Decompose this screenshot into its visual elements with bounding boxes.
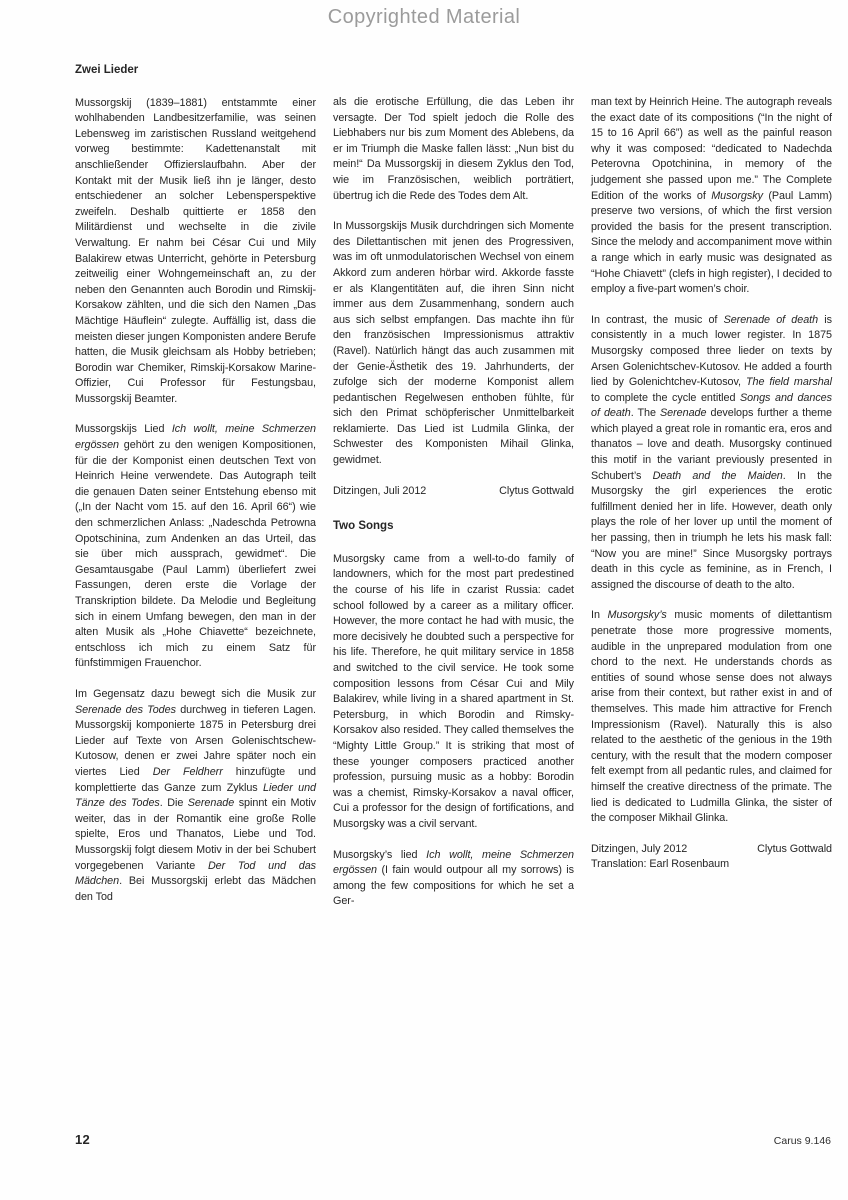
page-footer: 12 Carus 9.146 <box>75 1132 831 1147</box>
signature-author: Clytus Gottwald <box>757 842 832 858</box>
paragraph-biography-de: Mussorgskij (1839–1881) entstammte einer… <box>75 96 316 408</box>
signature-author: Clytus Gottwald <box>499 484 574 500</box>
translation-credit: Translation: Earl Rosenbaum <box>591 857 832 873</box>
text-columns: Zwei LiederMussorgskij (1839–1881) entst… <box>75 62 832 925</box>
column-2-german-english: als die erotische Erfüllung, die das Leb… <box>333 62 574 925</box>
paragraph-musik-analyse-de: In Mussorgskijs Musik durchdringen sich … <box>333 219 574 469</box>
signature-english: Ditzingen, July 2012Clytus Gottwald <box>591 842 832 858</box>
paragraph-serenade-en: In contrast, the music of Serenade of de… <box>591 313 832 594</box>
work-title-english: Two Songs <box>333 519 574 535</box>
signature-place-date: Ditzingen, Juli 2012 <box>333 484 426 500</box>
signature-german: Ditzingen, Juli 2012Clytus Gottwald <box>333 484 574 500</box>
paragraph-serenade-continuation-de: als die erotische Erfüllung, die das Leb… <box>333 95 574 204</box>
column-1-german: Zwei LiederMussorgskij (1839–1881) entst… <box>75 62 316 925</box>
paragraph-lied-heine-en: Musorgsky’s lied Ich wollt, meine Schmer… <box>333 848 574 910</box>
copyright-notice: Copyrighted Material <box>0 5 848 29</box>
signature-place-date: Ditzingen, July 2012 <box>591 842 687 858</box>
paragraph-biography-en: Musorgsky came from a well-to-do family … <box>333 552 574 833</box>
document-page: Copyrighted Material Zwei LiederMussorgs… <box>0 0 848 1200</box>
paragraph-serenade-de: Im Gegensatz dazu bewegt sich die Musik … <box>75 687 316 905</box>
paragraph-lied-heine-de: Mussorgskijs Lied Ich wollt, meine Schme… <box>75 422 316 672</box>
page-number: 12 <box>75 1132 90 1147</box>
work-title-german: Zwei Lieder <box>75 63 316 79</box>
column-3-english: man text by Heinrich Heine. The autograp… <box>591 62 832 925</box>
paragraph-music-analysis-en: In Musorgsky’s music moments of dilettan… <box>591 608 832 826</box>
paragraph-lied-heine-continuation-en: man text by Heinrich Heine. The autograp… <box>591 95 832 298</box>
catalog-number: Carus 9.146 <box>774 1135 831 1147</box>
